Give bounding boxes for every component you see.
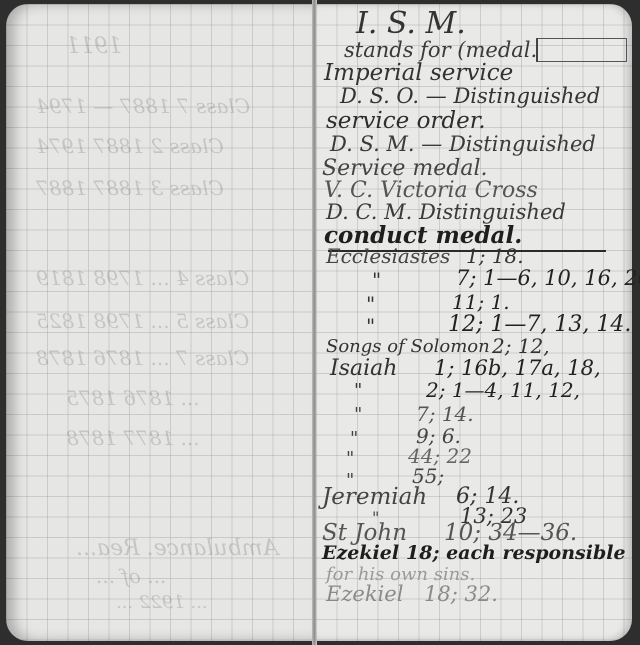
verse-book: ": [346, 448, 354, 469]
verse-ref: 7; 1—6, 10, 16, 20—22: [456, 266, 640, 290]
verse-ref: 1; 16b, 17a, 18,: [434, 356, 601, 380]
verse-ref: 1; 18.: [466, 244, 524, 268]
ghost-text: Class 7 ... 1876 1878: [36, 346, 249, 370]
verse-book: ": [366, 292, 375, 316]
open-notebook: 1911 Class 7 1887 — 1794 Class 2 1887 19…: [0, 0, 640, 645]
left-page: 1911 Class 7 1887 — 1794 Class 2 1887 19…: [6, 4, 314, 641]
verse-ref: 18; 32.: [424, 582, 498, 606]
medal-bracket: [536, 38, 627, 62]
ghost-text: Class 2 1887 1974: [36, 134, 224, 158]
verse-book: ": [366, 314, 375, 338]
ghost-text: ... of ...: [96, 564, 166, 588]
medal-line: stands for (medal.: [344, 38, 537, 62]
ghost-text: Class 3 1887 1887: [36, 176, 224, 200]
ghost-text: Ambulance. Rea...: [76, 536, 278, 561]
ghost-text: 1911: [66, 34, 122, 59]
verse-book: ": [372, 268, 381, 292]
verse-book: Ecclesiastes: [326, 244, 450, 268]
ghost-text: ... 1877 1878: [66, 426, 200, 450]
verse-book: ": [350, 428, 358, 449]
medal-line: D. S. O. — Distinguished: [340, 84, 600, 108]
verse-book: Songs of Solomon: [326, 336, 490, 357]
ghost-text: ... 1922 ...: [116, 592, 208, 613]
verse-book: ": [354, 404, 362, 425]
verse-ref: 18; each responsible: [406, 542, 626, 564]
verse-book: Ezekiel: [326, 582, 403, 606]
verse-book: ": [354, 380, 362, 401]
verse-book: Isaiah: [330, 356, 397, 381]
verse-ref: 2; 1—4, 11, 12,: [426, 378, 580, 402]
verse-ref: 11; 1.: [452, 290, 510, 314]
medal-line: D. S. M. — Distinguished: [330, 132, 596, 156]
verse-ref: 7; 14.: [416, 402, 474, 426]
heading: I. S. M.: [356, 6, 466, 41]
medal-line: D. C. M. Distinguished: [326, 200, 566, 224]
ghost-text: ... 1876 1875: [66, 386, 200, 410]
ghost-text: Class 7 1887 — 1794: [36, 94, 250, 118]
verse-book: Ezekiel: [322, 542, 399, 564]
verse-book: Jeremiah: [322, 484, 427, 510]
medal-line: Imperial service: [324, 60, 513, 86]
ghost-text: Class 4 ... 1798 1819: [36, 266, 249, 290]
right-page: I. S. M. stands for (medal. Imperial ser…: [316, 4, 632, 641]
medal-line: service order.: [326, 108, 486, 134]
verse-ref: 2; 12,: [492, 334, 550, 358]
ghost-text: Class 5 ... 1798 1825: [36, 309, 249, 333]
